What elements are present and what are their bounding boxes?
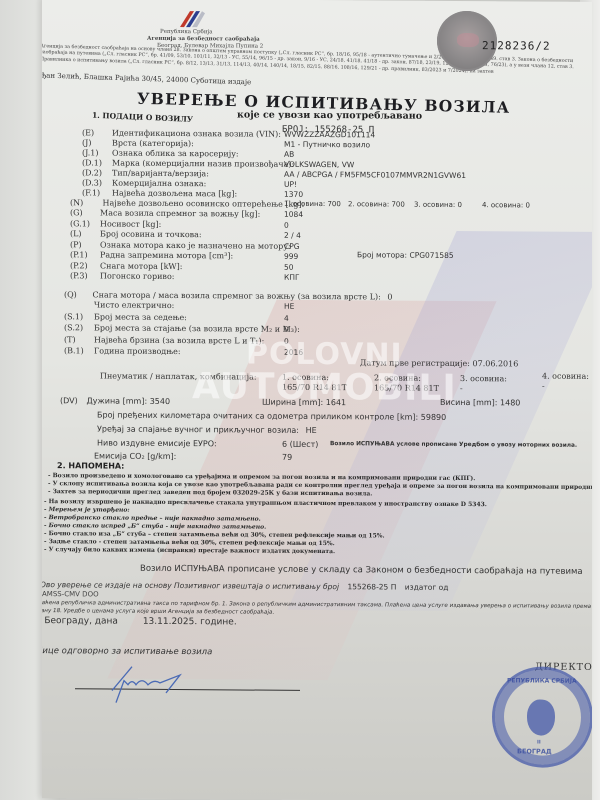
odometer-row: Број пређених километара очитаних са одо… xyxy=(97,410,446,421)
field-code: (P.2) xyxy=(70,261,100,270)
field-code: (B.1) xyxy=(64,346,94,355)
field-label: Идентификациона ознака возила (VIN): xyxy=(112,129,281,139)
applicant-text: Срђан Зелић, Блашка Рајића 30/45, 24000 … xyxy=(42,71,251,86)
field-row: (P.1)Радна запремина мотора [cm³]: xyxy=(70,250,233,260)
field-label: Маса возила спремног за вожњу [kg]: xyxy=(100,208,260,218)
field-label: Број осовина и точкова: xyxy=(100,229,202,239)
section-1-heading: 1. ПОДАЦИ О ВОЗИЛУ xyxy=(92,111,193,124)
euro-value: 6 (Шест) xyxy=(282,440,318,449)
field-row: (D.2)Тип/варијанта/верзија: xyxy=(82,168,209,178)
field-code: (S.2) xyxy=(64,323,94,332)
axle-load-2: 2. осовина: 700 xyxy=(348,200,405,208)
place-date: У Београду, дана 13.11.2025. године. xyxy=(42,616,237,627)
vehicle-fields-group-3: Чисто електрично:НЕ(S.1)Број места за се… xyxy=(42,0,592,2)
field-row: (D.3)Комерцијална ознака: xyxy=(82,178,206,188)
field-row: (G)Маса возила спремног за вожњу [kg]: xyxy=(70,208,260,218)
issuer-name: AMSS-CMV DOO xyxy=(42,590,99,598)
field-code: (F.1) xyxy=(82,188,112,197)
field-row: (P.2)Снага мотора [kW]: xyxy=(70,261,182,271)
note-item: - Мерењем је утврђено: xyxy=(44,506,130,514)
field-value: 1084 xyxy=(284,210,303,219)
field-label: Снага мотора [kW]: xyxy=(100,261,182,271)
field-label: Ознака облика за каросерију: xyxy=(112,149,239,159)
field-value: WVWZZZAAZGD101114 xyxy=(284,130,375,140)
field-value: 999 xyxy=(284,252,298,261)
field-code: (G) xyxy=(70,208,100,217)
field-label: Врста (категорија): xyxy=(112,139,194,149)
field-code: (G.1) xyxy=(70,219,100,228)
field-code: (P.1) xyxy=(70,250,100,259)
axle-load-row: (N) Највеће дозвољено осовинско оптереће… xyxy=(70,198,304,209)
co2-value: 79 xyxy=(282,453,292,462)
axle-load-1: 1. осовина: 700 xyxy=(284,200,341,208)
field-label: Радна запремина мотора [cm³]: xyxy=(100,250,233,260)
field-label: Број места за седење: xyxy=(94,312,187,322)
field-row: (S.1)Број места за седење: xyxy=(64,312,187,322)
field-row: (B.1)Година производње: xyxy=(64,346,181,356)
field-label: Број места за стајање (за возила врсте M… xyxy=(94,323,300,333)
document-subtitle: које се увози као употребљавано xyxy=(237,109,422,121)
field-row: (G.1)Носивост [kg]: xyxy=(70,219,161,229)
engine-number: Број мотора: CPG071585 xyxy=(357,250,454,260)
field-value: 1370 xyxy=(284,190,303,199)
field-value: 0 xyxy=(284,325,289,334)
field-row: (D.1)Марка (комерцијални назив произвођа… xyxy=(82,158,294,168)
field-row: (J.1)Ознака облика за каросерију: xyxy=(82,148,239,158)
field-code: (E) xyxy=(82,128,112,137)
field-row: (S.2)Број места за стајање (за возила вр… xyxy=(64,323,300,334)
dimension-length: (DV) Дужина [mm]: 3540 xyxy=(60,396,170,406)
towing-row: Уређај за спајање вучног и прикључног во… xyxy=(97,424,317,435)
field-value: UP! xyxy=(284,180,297,189)
axle-load-4: 4. осовина: 0 xyxy=(482,201,530,209)
responsible-person-label: Лице одговорно за испитивање возила xyxy=(42,646,212,657)
notes-group-a: - Возило произведено и хомологовано са у… xyxy=(42,0,592,2)
country-name: Република Србија xyxy=(160,29,212,35)
field-label: Тип/варијанта/верзија: xyxy=(112,169,209,179)
coat-of-arms-icon xyxy=(527,699,555,735)
field-code: (D.2) xyxy=(82,168,112,177)
serial-number: 2128236/2 xyxy=(482,39,551,52)
basis-text: Ово уверење се издаје на основу Позитивн… xyxy=(42,580,448,592)
field-code: (J) xyxy=(82,138,112,147)
field-label: Погонско гориво: xyxy=(100,271,174,281)
field-row: (P)Ознака мотора како је назначено на мо… xyxy=(70,240,291,251)
note-item: - У случају било каквих измена (исправки… xyxy=(44,546,335,555)
official-stamp-icon: РЕПУБЛИКА СРБИЈА II БЕОГРАД xyxy=(492,666,592,768)
field-code: (P.3) xyxy=(70,271,100,280)
field-value: AA / ABCPGA / FM5FM5CF0107MMVR2N1GVW61 xyxy=(284,170,466,180)
field-value: CPG xyxy=(284,241,300,250)
field-code: (D.3) xyxy=(82,178,112,187)
field-row: (E)Идентификациона ознака возила (VIN): xyxy=(82,128,281,138)
field-code: (S.1) xyxy=(64,312,94,321)
field-code: (J.1) xyxy=(82,148,112,157)
field-row: Чисто електрично: xyxy=(64,300,174,310)
field-label: Марка (комерцијални назив произвођача): xyxy=(112,159,294,169)
tyre-axle-4: 4. осовина: - xyxy=(542,372,589,392)
field-label: Година производње: xyxy=(94,346,181,356)
field-value: VOLKSWAGEN, VW xyxy=(284,160,354,169)
polovni-automobili-watermark: POLOVNI AUTOMOBILI xyxy=(192,339,457,407)
axle-load-3: 3. осовина: 0 xyxy=(414,201,462,209)
notes-group-b: - На возилу извршено је накнадно пресвла… xyxy=(42,0,592,2)
field-value: НЕ xyxy=(284,302,294,311)
field-code: (D.1) xyxy=(82,158,112,167)
agency-name: Агенција за безбедност саобраћаја xyxy=(147,36,260,43)
field-code: (P) xyxy=(70,240,100,249)
field-label: Носивост [kg]: xyxy=(100,219,161,228)
signature-icon xyxy=(102,662,232,708)
note-item: - Захтев за периодични преглед заведен п… xyxy=(48,488,372,497)
vehicle-fields-group-2: (G)Маса возила спремног за вожњу [kg]:10… xyxy=(42,0,592,2)
tyre-axle-3: 3. осовина: - xyxy=(460,374,507,394)
field-row: (P.3)Погонско гориво: xyxy=(70,271,174,281)
field-row: (F.1)Највећа дозвољена маса [kg]: xyxy=(82,188,237,198)
vehicle-fields-group-1: (E)Идентификациона ознака возила (VIN):W… xyxy=(42,0,592,2)
field-label: Комерцијална ознака: xyxy=(112,179,206,189)
co2-label: Емисија CO₂ [g/km]: xyxy=(94,451,176,461)
euro-label: Ниво издувне емисије ЕУРО: xyxy=(97,438,217,448)
field-value: КПГ xyxy=(284,273,300,282)
field-value: 2 / 4 xyxy=(284,231,301,240)
field-value: M1 - Путничко возило xyxy=(284,140,370,150)
agency-logo-icon xyxy=(172,7,212,29)
section-2-heading: 2. НАПОМЕНА: xyxy=(57,461,124,470)
field-code: (T) xyxy=(64,335,94,344)
field-label: Чисто електрично: xyxy=(94,300,174,310)
certificate-page: Република Србија Агенција за безбедност … xyxy=(42,0,592,800)
field-value: 50 xyxy=(284,262,294,271)
field-code: (L) xyxy=(70,229,100,238)
field-row: (L)Број осовина и точкова: xyxy=(70,229,202,239)
field-label: Највећа дозвољена маса [kg]: xyxy=(112,189,237,199)
field-label: Ознака мотора како је назначено на мотор… xyxy=(100,240,291,250)
field-row: (J)Врста (категорија): xyxy=(82,138,194,148)
field-value: AB xyxy=(284,150,294,159)
field-value: 0 xyxy=(284,220,289,229)
field-value: 4 xyxy=(284,313,289,322)
